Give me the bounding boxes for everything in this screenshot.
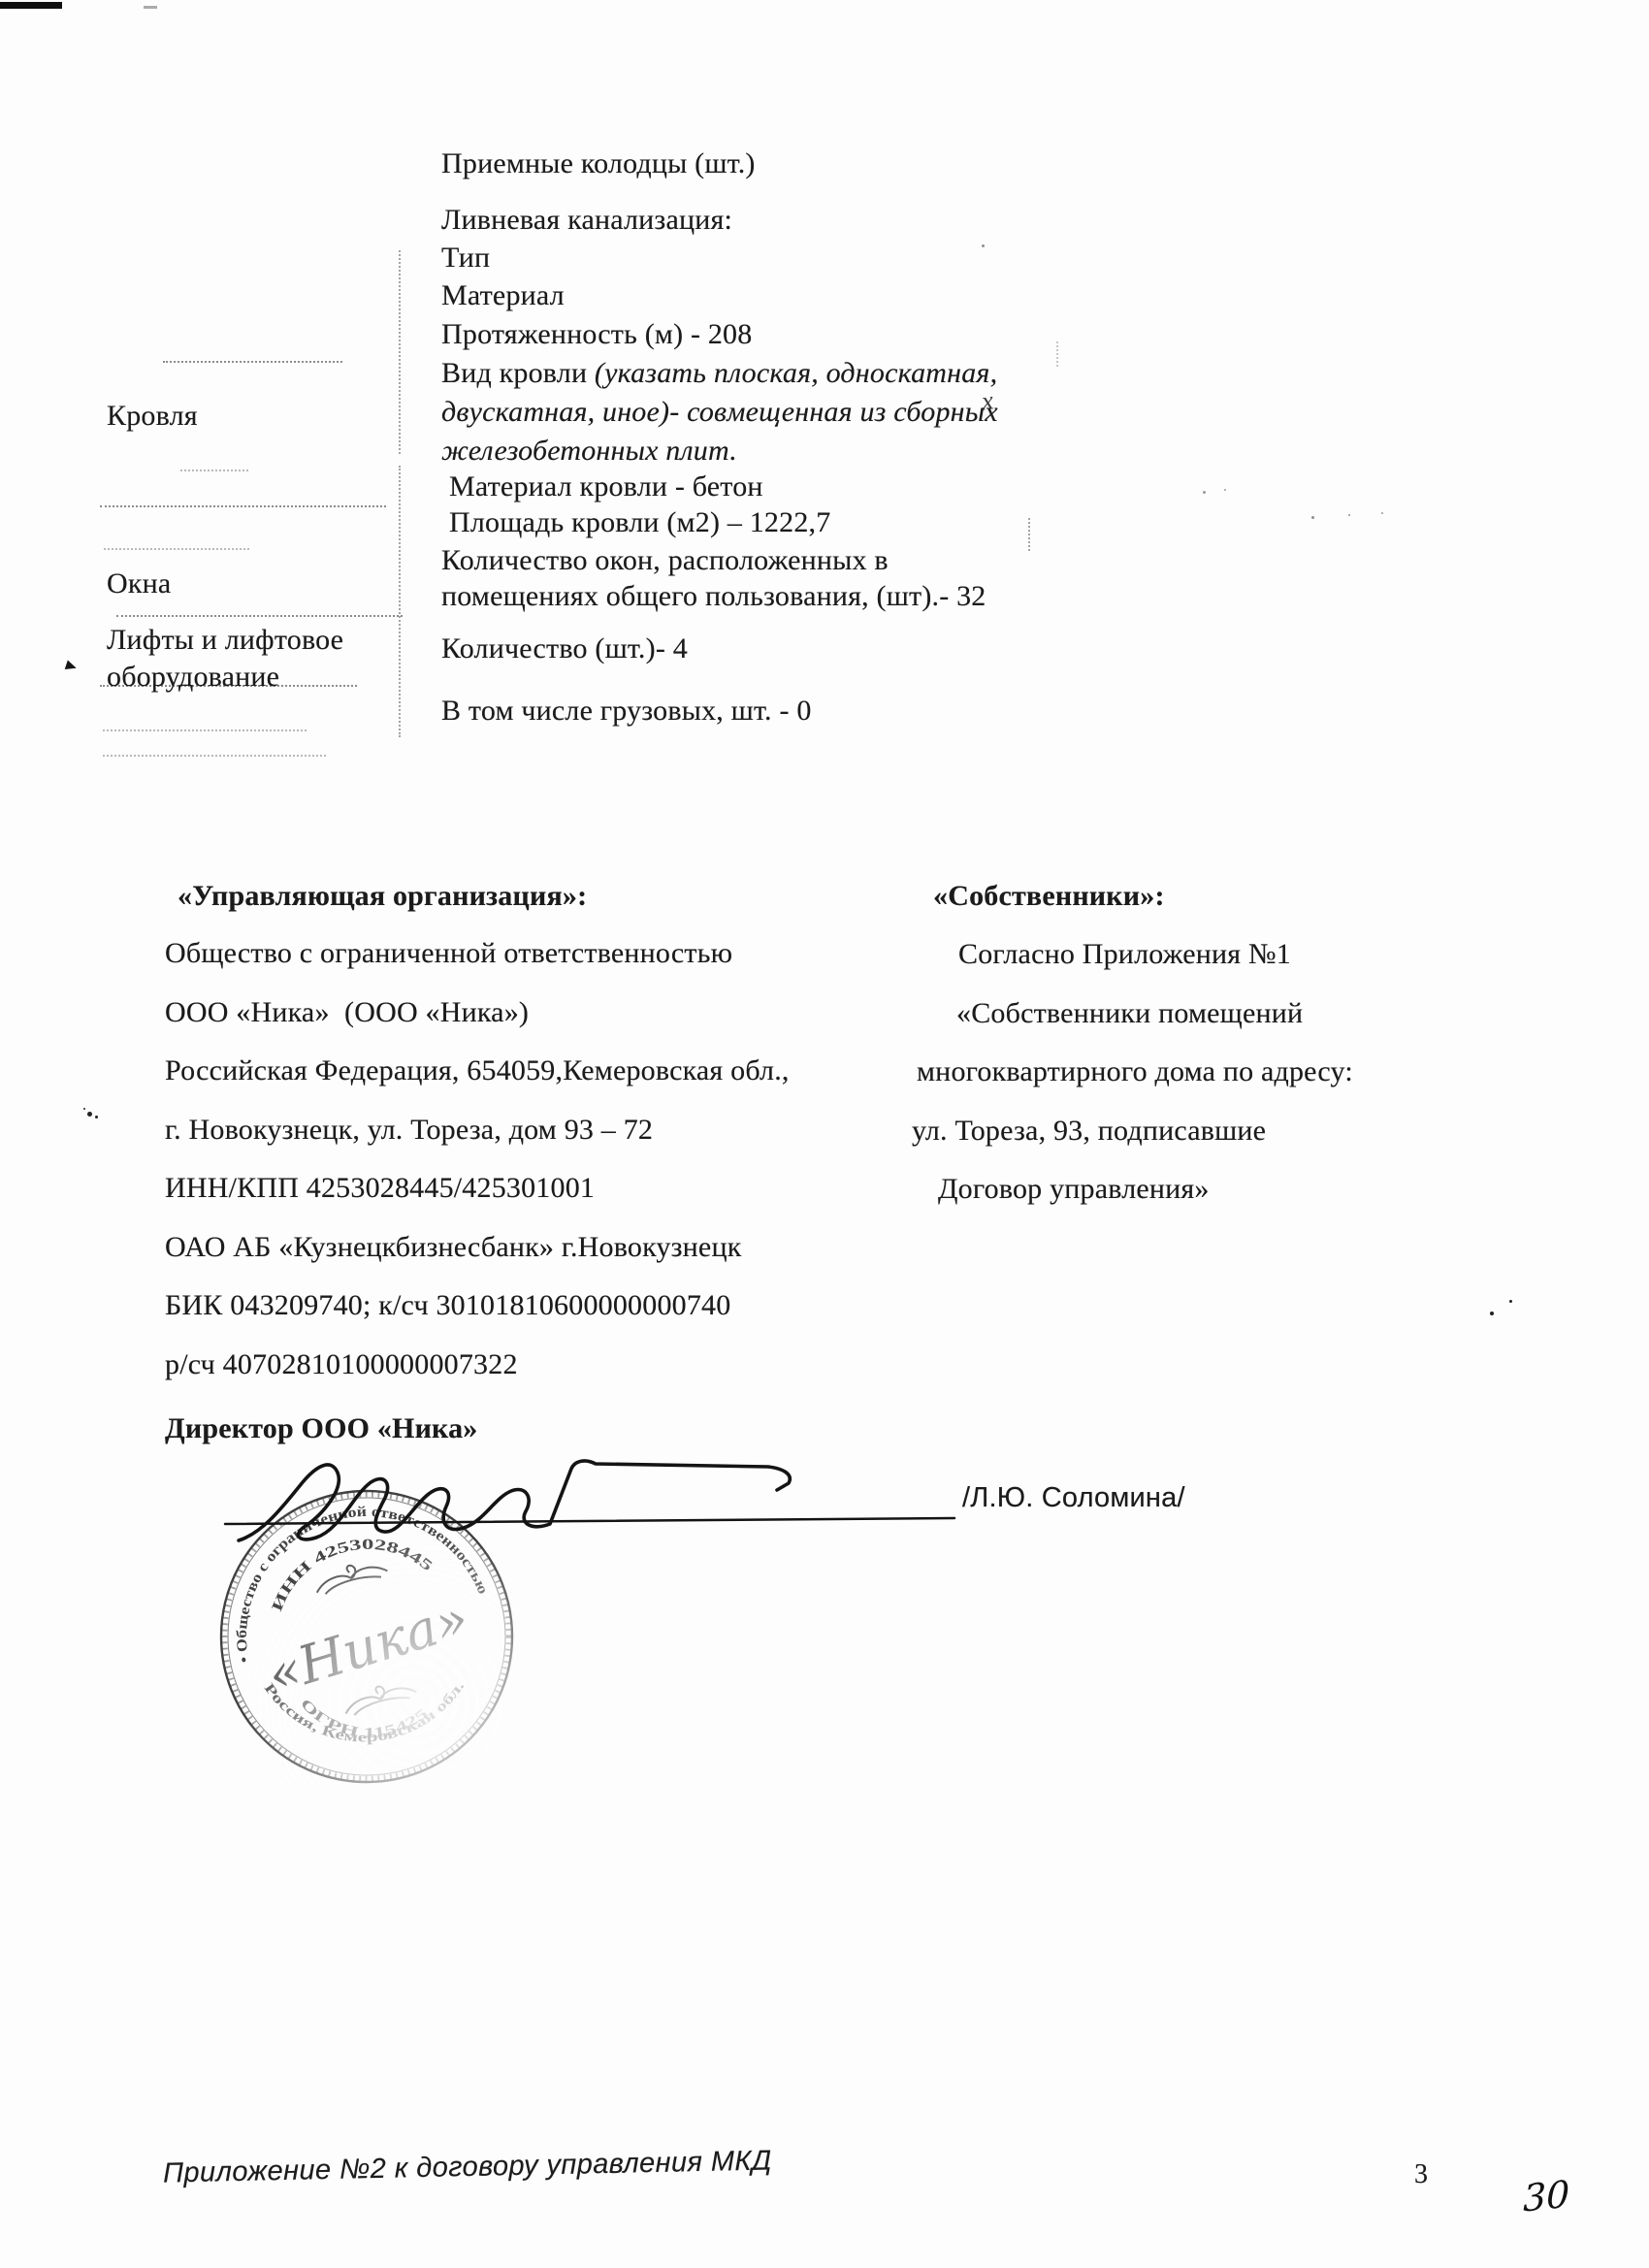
- passport-line-roof-area: Площадь кровли (м2) – 1222,7: [449, 506, 830, 540]
- signature-scribble: [239, 1461, 790, 1540]
- table-border-remnant: [180, 470, 248, 471]
- table-border-remnant: [116, 615, 403, 617]
- roof-kind-label: Вид кровли: [441, 357, 595, 389]
- table-border-remnant: [103, 755, 326, 757]
- owners-heading: «Собственники»:: [933, 880, 1165, 914]
- passport-line-roof-kind-1: Вид кровли (указать плоская, односкатная…: [441, 357, 997, 391]
- passport-line-intake-wells: Приемные колодцы (шт.): [441, 147, 756, 181]
- ink-blot: [87, 1112, 92, 1117]
- handwritten-page-number: 30: [1523, 2172, 1569, 2219]
- roof-kind-italic-1: (указать плоская, односкатная,: [595, 357, 997, 389]
- table-border-remnant: [103, 729, 307, 731]
- passport-line-lifts-count: Количество (шт.)- 4: [441, 632, 688, 666]
- row-label-roof: Кровля: [107, 400, 198, 434]
- passport-line-windows-2: помещениях общего пользования, (шт).- 32: [441, 580, 986, 614]
- row-label-lifts: Лифты и лифтовое: [107, 624, 343, 658]
- handwritten-tick-mark: [65, 661, 79, 673]
- director-signature: [211, 1447, 978, 1554]
- table-border-remnant-vertical: [1056, 341, 1058, 367]
- management-line: Российская Федерация, 654059,Кемеровская…: [165, 1054, 790, 1088]
- passport-line-material: Материал: [441, 279, 565, 313]
- table-border-remnant: [163, 361, 342, 363]
- director-title: Директор ООО «Ника»: [165, 1412, 478, 1446]
- management-line: г. Новокузнецк, ул. Тореза, дом 93 – 72: [165, 1114, 653, 1148]
- passport-line-windows-1: Количество окон, расположенных в: [441, 544, 889, 578]
- table-border-remnant-vertical: [399, 250, 401, 454]
- owners-line: ул. Тореза, 93, подписавшие: [912, 1115, 1266, 1149]
- passport-line-storm-sewer: Ливневая канализация:: [441, 204, 732, 238]
- scan-speck: [1311, 516, 1314, 519]
- table-border-remnant-vertical: [1028, 518, 1030, 551]
- passport-line-lifts-cargo: В том числе грузовых, шт. - 0: [441, 695, 812, 729]
- scan-speck: [144, 6, 157, 9]
- scan-edge-blot: [0, 2, 62, 9]
- row-label-lifts-2: оборудование: [107, 661, 279, 695]
- scan-speck: [1203, 491, 1206, 494]
- passport-line-roof-kind-2: двускатная, иное)- совмещенная из сборны…: [441, 396, 998, 430]
- ink-blot: [1509, 1300, 1512, 1303]
- owners-line: многоквартирного дома по адресу:: [917, 1055, 1353, 1089]
- page-number: 3: [1414, 2159, 1428, 2190]
- ink-blot: [83, 1108, 85, 1110]
- scan-speck: [1381, 512, 1383, 514]
- owners-line: Договор управления»: [938, 1173, 1210, 1207]
- passport-line-length: Протяженность (м) - 208: [441, 318, 752, 352]
- owners-line: «Собственники помещений: [956, 997, 1303, 1031]
- management-line: БИК 043209740; к/сч 30101810600000000740: [165, 1289, 730, 1323]
- appendix-footnote: Приложение №2 к договору управления МКД: [163, 2145, 772, 2189]
- management-line: ИНН/КПП 4253028445/425301001: [165, 1172, 595, 1206]
- management-line: Общество с ограниченной ответственностью: [165, 937, 732, 971]
- management-line: ОАО АБ «Кузнецкбизнесбанк» г.Новокузнецк: [165, 1231, 741, 1265]
- row-label-windows: Окна: [107, 567, 171, 601]
- owners-line: Согласно Приложения №1: [958, 938, 1291, 972]
- signature-transcript: /Л.Ю. Соломина/: [962, 1482, 1185, 1514]
- scan-speck: [1348, 514, 1350, 516]
- scan-speck: [1224, 489, 1226, 491]
- scan-speck: [982, 244, 985, 247]
- management-line: р/сч 40702810100000007322: [165, 1348, 518, 1382]
- passport-line-roof-kind-3: железобетонных плит.: [441, 435, 737, 469]
- management-line: ООО «Ника» (ООО «Ника»): [165, 996, 529, 1030]
- passport-line-type: Тип: [441, 242, 490, 275]
- scanned-document-page: { "colors": { "paper": "#fdfdfd", "ink":…: [0, 0, 1649, 2268]
- management-heading: «Управляющая организация»:: [178, 880, 587, 914]
- ink-blot: [95, 1116, 98, 1118]
- ink-blot: [1490, 1312, 1494, 1315]
- table-border-remnant: [100, 505, 386, 507]
- passport-line-roof-material: Материал кровли - бетон: [449, 470, 763, 504]
- table-border-remnant-vertical: [399, 466, 401, 737]
- table-border-remnant: [104, 548, 249, 550]
